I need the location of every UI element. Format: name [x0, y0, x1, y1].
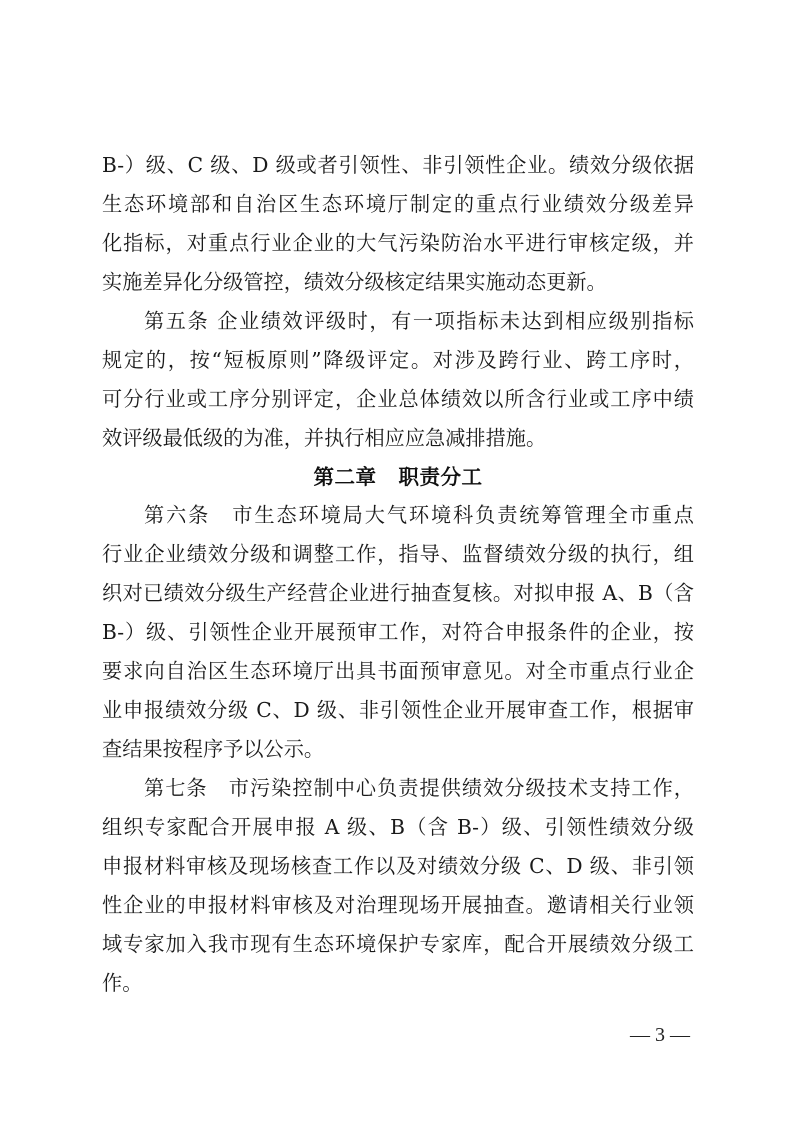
text-line: B-）级、引领性企业开展预审工作，对符合申报条件的企业，按	[102, 613, 694, 652]
document-page: B-）级、C 级、D 级或者引领性、非引领性企业。绩效分级依据 生态环境部和自治…	[0, 0, 793, 1122]
text-line: 实施差异化分级管控，绩效分级核定结果实施动态更新。	[102, 263, 694, 302]
text-line: 化指标，对重点行业企业的大气污染防治水平进行审核定级，并	[102, 224, 694, 263]
text-line: 第六条 市生态环境局大气环境科负责统筹管理全市重点	[102, 496, 694, 535]
text-line: 生态环境部和自治区生态环境厅制定的重点行业绩效分级差异	[102, 185, 694, 224]
document-body: B-）级、C 级、D 级或者引领性、非引领性企业。绩效分级依据 生态环境部和自治…	[102, 146, 694, 1003]
text-line: 业申报绩效分级 C、D 级、非引领性企业开展审查工作，根据审	[102, 691, 694, 730]
text-line: 申报材料审核及现场核查工作以及对绩效分级 C、D 级、非引领	[102, 847, 694, 886]
text-line: 效评级最低级的为准，并执行相应应急减排措施。	[102, 419, 694, 458]
paragraph-article-5: 第五条 企业绩效评级时，有一项指标未达到相应级别指标 规定的，按“短板原则”降级…	[102, 302, 694, 458]
paragraph-article-6: 第六条 市生态环境局大气环境科负责统筹管理全市重点 行业企业绩效分级和调整工作，…	[102, 496, 694, 769]
text-line: 性企业的申报材料审核及对治理现场开展抽查。邀请相关行业领	[102, 886, 694, 925]
text-line: 作。	[102, 964, 694, 1003]
text-line: 查结果按程序予以公示。	[102, 730, 694, 769]
chapter-number: 第二章	[314, 465, 377, 489]
page-number: — 3 —	[620, 1024, 700, 1047]
chapter-title: 职责分工	[399, 465, 483, 489]
text-line: 要求向自治区生态环境厅出具书面预审意见。对全市重点行业企	[102, 652, 694, 691]
text-line: 规定的，按“短板原则”降级评定。对涉及跨行业、跨工序时，	[102, 341, 694, 380]
paragraph-article-7: 第七条 市污染控制中心负责提供绩效分级技术支持工作， 组织专家配合开展申报 A …	[102, 769, 694, 1003]
text-line: 织对已绩效分级生产经营企业进行抽查复核。对拟申报 A、B（含	[102, 574, 694, 613]
text-line: 组织专家配合开展申报 A 级、B（含 B-）级、引领性绩效分级	[102, 808, 694, 847]
chapter-heading: 第二章职责分工	[102, 458, 694, 496]
text-line: 域专家加入我市现有生态环境保护专家库，配合开展绩效分级工	[102, 925, 694, 964]
text-line: 可分行业或工序分别评定，企业总体绩效以所含行业或工序中绩	[102, 380, 694, 419]
text-line: B-）级、C 级、D 级或者引领性、非引领性企业。绩效分级依据	[102, 146, 694, 185]
text-line: 第五条 企业绩效评级时，有一项指标未达到相应级别指标	[102, 302, 694, 341]
paragraph-article-4-continued: B-）级、C 级、D 级或者引领性、非引领性企业。绩效分级依据 生态环境部和自治…	[102, 146, 694, 302]
text-line: 第七条 市污染控制中心负责提供绩效分级技术支持工作，	[102, 769, 694, 808]
text-line: 行业企业绩效分级和调整工作，指导、监督绩效分级的执行，组	[102, 535, 694, 574]
